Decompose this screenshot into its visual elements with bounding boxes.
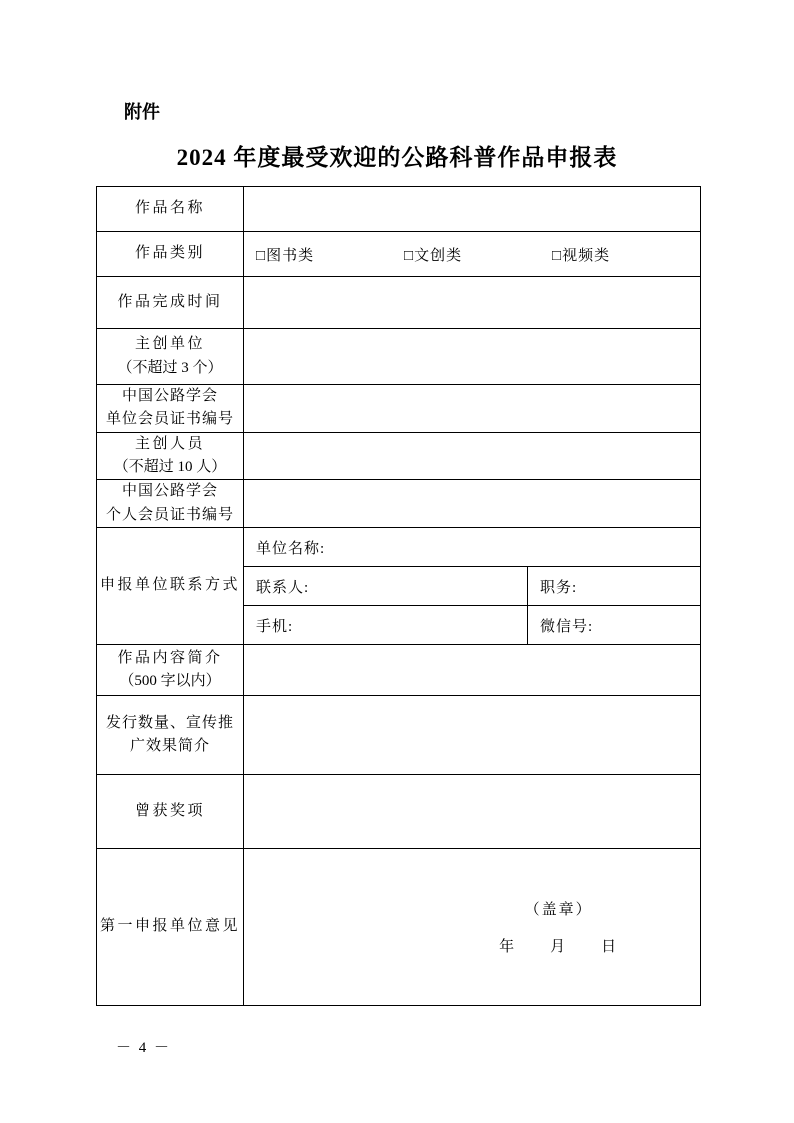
main-unit-label-line1: 主创单位	[97, 333, 243, 356]
category-option-books-label: 图书类	[266, 248, 314, 264]
checkbox-video-icon[interactable]: □	[552, 248, 562, 264]
unit-cert-value-cell[interactable]	[244, 385, 701, 433]
row-intro: 作品内容简介 （500 字以内）	[97, 645, 701, 696]
distribution-label-line1: 发行数量、宣传推	[97, 712, 243, 735]
category-option-cultural-creative-label: 文创类	[414, 248, 462, 264]
unit-cert-label-line2: 单位会员证书编号	[97, 408, 243, 431]
distribution-value-cell[interactable]	[244, 696, 701, 775]
intro-value-cell[interactable]	[244, 645, 701, 696]
row-unit-cert: 中国公路学会 单位会员证书编号	[97, 385, 701, 433]
checkbox-cultural-creative-icon[interactable]: □	[404, 248, 414, 264]
application-form-table: 作品名称 作品类别 □图书类□文创类□视频类 作品完成时间 主创单位 （不超过 …	[96, 186, 701, 1006]
row-contact-unit-name: 申报单位联系方式 单位名称:	[97, 528, 701, 567]
intro-label-line1: 作品内容简介	[97, 647, 243, 670]
seal-block: （盖章） 年 月 日	[454, 898, 664, 956]
opinion-label: 第一申报单位意见	[97, 849, 244, 1006]
page-number: － 4 －	[116, 1036, 171, 1057]
work-name-value-cell[interactable]	[244, 187, 701, 232]
category-options-cell: □图书类□文创类□视频类	[244, 232, 701, 277]
intro-label: 作品内容简介 （500 字以内）	[97, 645, 244, 696]
attachment-label: 附件	[124, 98, 160, 124]
completion-time-label: 作品完成时间	[97, 277, 244, 329]
main-unit-label: 主创单位 （不超过 3 个）	[97, 329, 244, 385]
main-people-value-cell[interactable]	[244, 432, 701, 480]
category-label: 作品类别	[97, 232, 244, 277]
contact-mobile-cell[interactable]: 手机:	[244, 606, 528, 645]
unit-cert-label: 中国公路学会 单位会员证书编号	[97, 385, 244, 433]
main-people-label-line2: （不超过 10 人）	[97, 456, 243, 479]
seal-text: （盖章）	[454, 898, 664, 919]
distribution-label: 发行数量、宣传推 广效果简介	[97, 696, 244, 775]
page-title: 2024 年度最受欢迎的公路科普作品申报表	[0, 139, 794, 172]
checkbox-books-icon[interactable]: □	[256, 248, 266, 264]
seal-date-line: 年 月 日	[454, 935, 664, 956]
row-category: 作品类别 □图书类□文创类□视频类	[97, 232, 701, 277]
opinion-value-cell[interactable]: （盖章） 年 月 日	[244, 849, 701, 1006]
person-cert-label-line1: 中国公路学会	[97, 480, 243, 503]
row-main-unit: 主创单位 （不超过 3 个）	[97, 329, 701, 385]
person-cert-label-line2: 个人会员证书编号	[97, 504, 243, 527]
document-page: 附件 2024 年度最受欢迎的公路科普作品申报表 作品名称 作品类别 □图书类□…	[0, 0, 794, 1123]
main-people-label: 主创人员 （不超过 10 人）	[97, 432, 244, 480]
awards-value-cell[interactable]	[244, 775, 701, 849]
row-main-people: 主创人员 （不超过 10 人）	[97, 432, 701, 480]
category-option-video[interactable]: □视频类	[552, 244, 610, 265]
row-person-cert: 中国公路学会 个人会员证书编号	[97, 480, 701, 528]
contact-person-cell[interactable]: 联系人:	[244, 567, 528, 606]
person-cert-label: 中国公路学会 个人会员证书编号	[97, 480, 244, 528]
person-cert-value-cell[interactable]	[244, 480, 701, 528]
row-distribution: 发行数量、宣传推 广效果简介	[97, 696, 701, 775]
contact-wechat-cell[interactable]: 微信号:	[528, 606, 701, 645]
row-opinion: 第一申报单位意见 （盖章） 年 月 日	[97, 849, 701, 1006]
row-completion-time: 作品完成时间	[97, 277, 701, 329]
contact-unit-name-cell[interactable]: 单位名称:	[244, 528, 701, 567]
main-unit-value-cell[interactable]	[244, 329, 701, 385]
contact-label: 申报单位联系方式	[97, 528, 244, 645]
main-people-label-line1: 主创人员	[97, 433, 243, 456]
work-name-label: 作品名称	[97, 187, 244, 232]
unit-cert-label-line1: 中国公路学会	[97, 385, 243, 408]
completion-time-value-cell[interactable]	[244, 277, 701, 329]
row-work-name: 作品名称	[97, 187, 701, 232]
awards-label: 曾获奖项	[97, 775, 244, 849]
main-unit-label-line2: （不超过 3 个）	[97, 357, 243, 380]
category-option-video-label: 视频类	[562, 248, 610, 264]
contact-position-cell[interactable]: 职务:	[528, 567, 701, 606]
intro-label-line2: （500 字以内）	[97, 670, 243, 693]
category-option-cultural-creative[interactable]: □文创类	[404, 244, 552, 265]
category-option-books[interactable]: □图书类	[256, 244, 404, 265]
distribution-label-line2: 广效果简介	[97, 735, 243, 758]
row-awards: 曾获奖项	[97, 775, 701, 849]
